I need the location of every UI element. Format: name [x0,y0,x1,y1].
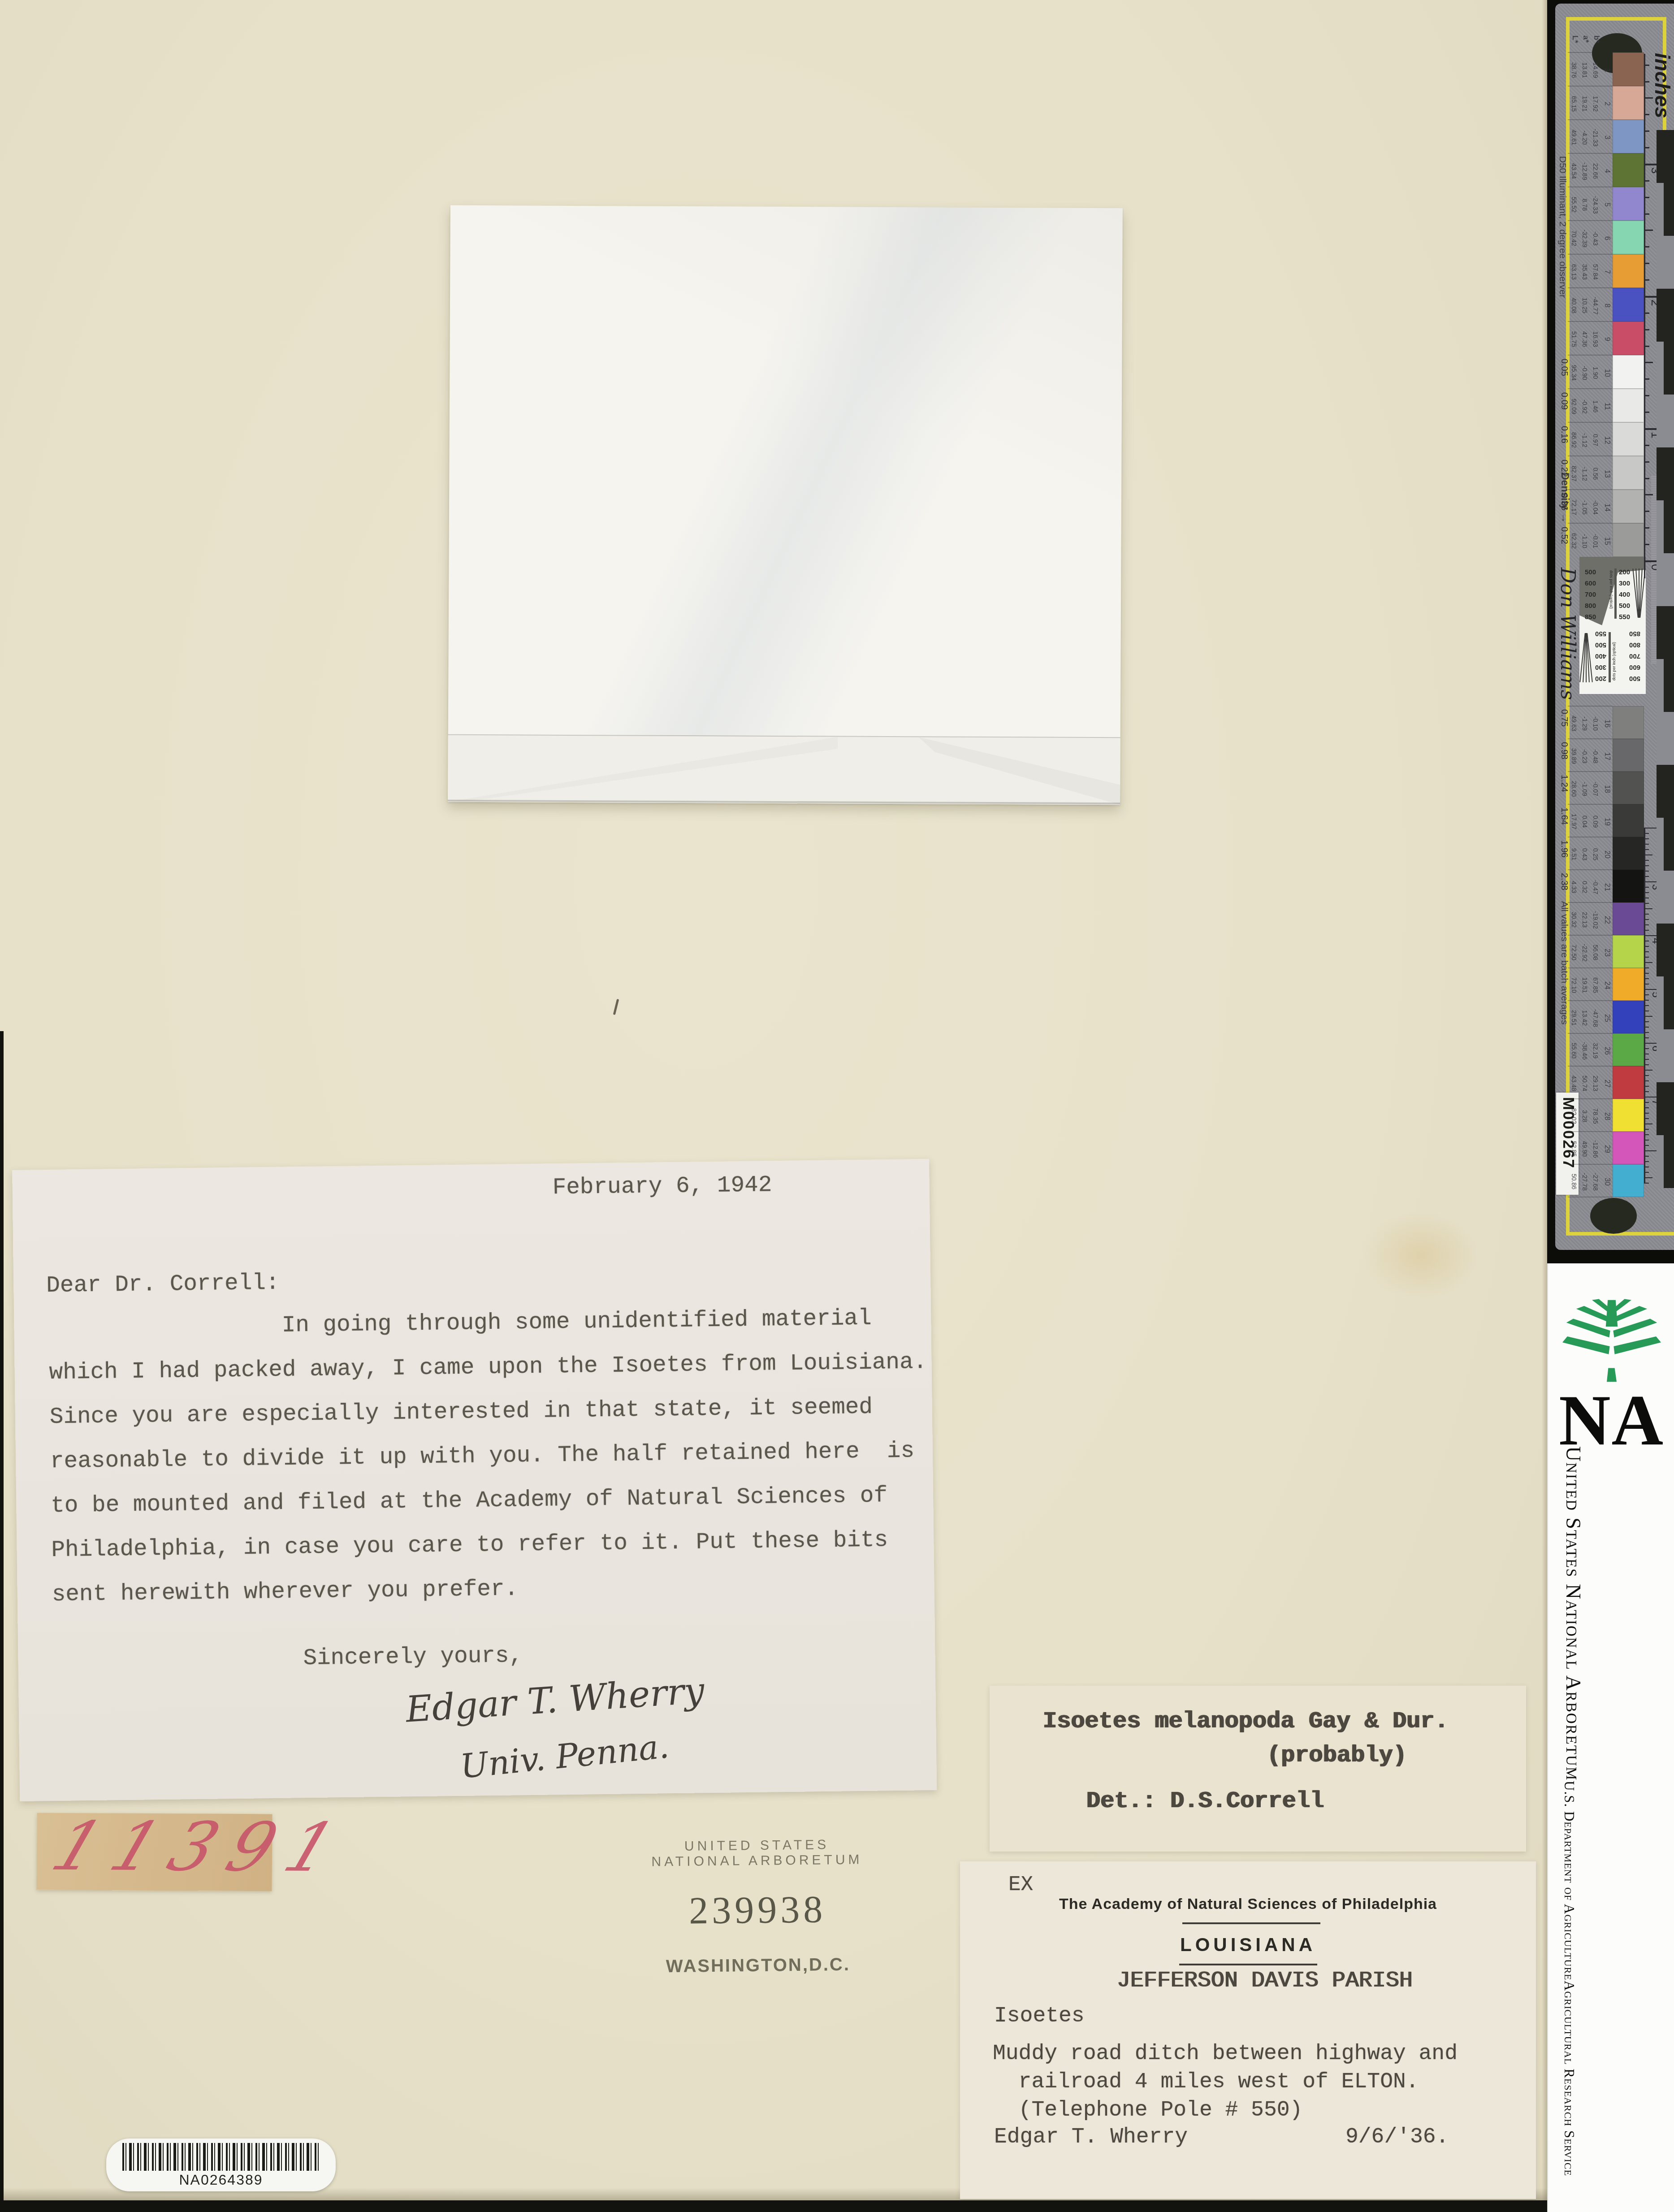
ruler-tick [1644,362,1653,363]
patch-number: 3 [1603,121,1611,154]
ruler-tick [1644,833,1649,834]
checker-cell-inner [1657,500,1664,553]
checker-cell-outer [1664,395,1674,447]
checker-cell-outer [1664,553,1674,606]
patch-number: 19 [1603,805,1611,838]
lab-value: 95.34 [1570,356,1578,390]
lab-value: 0.09 [1592,805,1599,838]
checker-cell-inner [1657,553,1664,606]
density-value: 1.96 [1559,840,1569,867]
lab-value: -19.02 [1592,903,1599,936]
ruler-tick [1644,1167,1649,1167]
lab-value: 17.97 [1570,805,1578,838]
patch-number: 7 [1603,255,1611,289]
density-value: 0.98 [1559,742,1569,769]
lab-value: -0.07 [1592,772,1599,805]
lab-table-divider [1568,804,1613,805]
lab-table-divider [1568,935,1613,936]
lab-value: -0.43 [1592,221,1599,255]
lab-value: 47.36 [1581,322,1588,356]
ruler-tick [1644,1161,1649,1162]
patch-number: 10 [1603,356,1611,390]
patch-number: 5 [1603,188,1611,221]
lab-value: -0.10 [1592,707,1599,740]
lab-value: 38.76 [1570,53,1578,87]
ruler-tick [1644,914,1649,915]
checker-cell-outer [1664,765,1674,818]
ruler-tick [1644,828,1657,828]
color-patch-25 [1613,1001,1644,1033]
ruler-tick [1644,946,1649,947]
checker-cell-outer [1664,1082,1674,1135]
patch-number: 21 [1603,871,1611,903]
checker-cell-inner [1657,236,1664,289]
lab-value: 78.35 [1592,1100,1599,1132]
lab-value: 19.51 [1581,969,1588,1002]
ruler-tick [1644,130,1649,132]
checker-cell-inner [1657,871,1664,924]
checker-cell-inner [1657,447,1664,500]
ruler-tick [1644,1150,1657,1151]
lab-value: 4.33 [1570,871,1578,903]
lab-value: 49.90 [1581,1132,1588,1165]
color-patch-21 [1613,870,1644,902]
checker-cell-inner [1657,765,1664,818]
lab-value: -0.23 [1581,740,1588,772]
lab-value: 70.42 [1570,221,1578,255]
lab-value: 29.51 [1570,1002,1578,1034]
ruler-tick [1644,527,1649,529]
checker-cell-outer [1664,447,1674,500]
color-patch-1 [1613,52,1644,86]
checker-cell-outer [1664,924,1674,976]
lab-value: 52.85 [1570,1132,1578,1165]
patch-number: 15 [1603,524,1611,558]
ruler-tick [1644,180,1649,182]
density-value: 0.05 [1559,359,1569,386]
ruler-tick [1644,147,1649,148]
ruler-tick [1644,230,1653,231]
lab-value: -32.39 [1581,221,1588,255]
color-patch-29 [1613,1132,1644,1164]
ruler-tick [1644,881,1657,882]
lab-table-divider [1568,388,1613,389]
lab-table-divider [1568,1000,1613,1001]
lab-value: -44.77 [1592,289,1599,322]
ruler-tick [1644,1102,1649,1103]
ruler-tick [1644,930,1649,931]
ruler-tick [1644,860,1649,861]
checker-cell-outer [1664,500,1674,553]
color-patch-30 [1613,1164,1644,1197]
lab-value: 14.69 [1592,53,1599,87]
color-patch-14 [1613,490,1644,523]
lab-header: L* [1570,28,1579,50]
lab-value: 0.97 [1592,423,1599,457]
lab-value: 35.43 [1581,255,1588,289]
lab-value: 62.32 [1570,524,1578,558]
patch-number: 20 [1603,838,1611,871]
color-patch-27 [1613,1066,1644,1099]
ruler-tick [1644,844,1649,845]
density-value: 0.09 [1559,392,1569,419]
lab-table-divider [1568,220,1613,221]
checker-cell-outer [1664,1029,1674,1082]
ruler-tick [1644,1043,1657,1044]
lab-value: 92.09 [1570,390,1578,423]
ruler-tick [1644,1172,1649,1173]
ruler-tick [1644,951,1649,952]
lab-table-divider [1568,1033,1613,1034]
lab-table-divider [1568,706,1613,707]
patch-number: 26 [1603,1034,1611,1067]
lab-table-divider [1568,902,1613,903]
lab-value: 29.13 [1592,1067,1599,1100]
lab-table-divider [1568,1131,1613,1132]
ruler-tick [1644,1011,1649,1011]
checker-cell-outer [1664,1135,1674,1188]
lab-value: 0.56 [1592,457,1599,490]
lab-table-divider [1568,187,1613,187]
ruler-tick [1644,919,1649,920]
lab-value: -0.48 [1592,740,1599,772]
lab-table-divider [1568,254,1613,255]
lab-value: -1.09 [1581,772,1588,805]
patch-number: 22 [1603,903,1611,936]
color-patch-11 [1613,389,1644,422]
patch-number: 27 [1603,1067,1611,1100]
ruler-tick [1644,1005,1649,1006]
patch-number: 17 [1603,740,1611,772]
lab-value: 8.78 [1581,188,1588,221]
checker-cell-outer [1664,712,1674,765]
checker-cell-inner [1657,1029,1664,1082]
ruler-tick [1644,887,1649,888]
checker-cell-outer [1664,659,1674,712]
patch-number: 2 [1603,87,1611,121]
density-value: 1.64 [1559,807,1569,834]
lab-value: -1.10 [1581,524,1588,558]
lab-value: 51.75 [1570,322,1578,356]
checker-cell-inner [1657,289,1664,342]
lab-value: 17.92 [1592,87,1599,121]
lab-value: 82.37 [1570,457,1578,490]
ruler-tick [1644,461,1649,463]
lab-value: -0.47 [1592,871,1599,903]
lab-value: 0.43 [1581,838,1588,871]
color-patch-12 [1613,422,1644,456]
lab-value: -0.92 [1581,390,1588,423]
patch-number: 4 [1603,154,1611,188]
ruler-tick [1644,312,1649,314]
lab-value: 40.08 [1570,289,1578,322]
lab-value: -1.29 [1581,707,1588,740]
lab-table-divider [1568,489,1613,490]
color-patch-6 [1613,221,1644,254]
ruler-tick [1644,213,1649,215]
lab-value: 1.46 [1592,390,1599,423]
density-value: 1.24 [1559,775,1569,802]
color-patch-7 [1613,254,1644,288]
ruler-tick [1644,97,1653,99]
lab-value: 72.50 [1570,936,1578,969]
checker-cell-inner [1657,924,1664,976]
lab-value: 56.08 [1592,936,1599,969]
lab-table-divider [1568,869,1613,870]
patch-number: 16 [1603,707,1611,740]
ruler-tick [1644,1123,1652,1124]
patch-number: 29 [1603,1132,1611,1165]
checker-cell-outer [1664,976,1674,1029]
density-value: 0.52 [1559,527,1569,554]
ruler-tick [1644,838,1649,839]
ruler-tick [1644,412,1649,413]
patch-number: 6 [1603,221,1611,255]
ruler-tick [1644,1048,1649,1049]
lab-value: 86.92 [1570,423,1578,457]
ruler-tick [1644,1059,1649,1060]
ruler-tick [1644,263,1649,264]
lab-table-divider [1568,1066,1613,1067]
color-patch-10 [1613,355,1644,389]
lab-table-divider [1568,1197,1613,1197]
lab-table-divider [1568,1098,1613,1099]
lab-table-divider [1568,119,1613,120]
ruler-tick [1644,1177,1652,1178]
checker-cell-inner [1657,659,1664,712]
color-patch-17 [1613,739,1644,772]
lab-value: 50.74 [1581,1067,1588,1100]
ruler-tick [1644,903,1649,904]
lab-value: 9.51 [1570,838,1578,871]
lab-value: -0.04 [1592,490,1599,524]
color-patch-20 [1613,837,1644,870]
density-value: 2.38 [1559,873,1569,900]
checker-cell-outer [1664,871,1674,924]
lab-value: 50.86 [1570,1165,1578,1198]
ruler-tick [1644,1145,1649,1146]
lab-value: -24.33 [1592,188,1599,221]
ruler-tick [1644,865,1649,866]
color-patch-9 [1613,321,1644,355]
ruler-tick [1644,1000,1649,1001]
lab-table-divider [1568,86,1613,87]
ruler-tick [1644,1032,1649,1033]
lab-header: a* [1581,28,1590,50]
lab-value: 55.60 [1570,1034,1578,1067]
ruler-tick [1644,544,1649,545]
ruler-tick [1644,854,1652,855]
ruler-tick [1644,560,1657,562]
ruler-tick [1644,1075,1649,1076]
lab-table-divider [1568,523,1613,524]
checker-cell-outer [1664,183,1674,236]
color-patch-3 [1613,120,1644,153]
patch-number: 25 [1603,1002,1611,1034]
checker-cell-inner [1657,818,1664,871]
ruler-tick [1644,973,1649,974]
lab-value: 22.13 [1581,903,1588,936]
ruler-tick [1644,279,1649,281]
lab-value: -12.89 [1581,154,1588,188]
ruler-tick [1644,1140,1649,1141]
lab-value: 10.25 [1581,289,1588,322]
ruler-tick [1644,941,1649,941]
lab-value: 43.48 [1570,1067,1578,1100]
lab-value: 72.10 [1570,969,1578,1002]
lab-value: 13.42 [1581,1002,1588,1034]
checker-cell-inner [1657,712,1664,765]
ruler-tick [1644,1064,1649,1065]
density-value: 0.75 [1559,709,1569,736]
color-patch-22 [1613,902,1644,935]
ruler-tick [1644,1118,1649,1119]
lab-value: 3.28 [1581,1100,1588,1132]
checker-cell-outer [1664,289,1674,342]
lab-value: 16.93 [1592,322,1599,356]
ruler-tick [1644,962,1652,963]
ruler-tick [1644,924,1649,925]
color-patch-24 [1613,968,1644,1001]
ruler-tick [1644,511,1649,512]
lab-value: 82.02 [1570,1100,1578,1132]
ruler-tick [1644,329,1649,330]
ruler-tick [1644,1080,1649,1081]
checker-cell-inner [1657,342,1664,395]
color-patch-16 [1613,706,1644,739]
ruler-tick [1644,54,1645,578]
target-generated-layer: 38.7613.8114.69165.1519.2117.92249.61-4.… [0,0,1674,2212]
ruler-tick [1644,81,1649,82]
lab-value: 72.17 [1570,490,1578,524]
color-patch-8 [1613,288,1644,321]
color-patch-23 [1613,935,1644,968]
ruler-tick [1644,1037,1649,1038]
patch-number: 14 [1603,490,1611,524]
checker-cell-inner [1657,1082,1664,1135]
color-patch-5 [1613,187,1644,221]
ruler-tick [1644,1183,1649,1184]
checker-cell-inner [1657,130,1664,183]
checker-cell-inner [1657,395,1664,447]
lab-value: -12.86 [1592,1132,1599,1165]
lab-value: -4.20 [1581,121,1588,154]
lab-value: 22.66 [1592,154,1599,188]
color-patch-13 [1613,456,1644,490]
ruler-tick [1644,478,1649,479]
color-patch-28 [1613,1099,1644,1132]
lab-table-divider [1568,738,1613,739]
lab-value: 30.32 [1570,903,1578,936]
lab-value: 49.63 [1570,707,1578,740]
lab-value: -47.68 [1592,1002,1599,1034]
ruler-tick [1644,445,1649,446]
lab-table-divider [1568,321,1613,322]
ruler-tick [1644,65,1649,66]
ruler-tick [1644,984,1649,985]
ruler-tick [1644,395,1649,396]
ruler-tick [1644,1107,1649,1108]
lab-value: -1.12 [1581,457,1588,490]
lab-value: -1.12 [1581,423,1588,457]
lab-table-divider [1568,422,1613,423]
ruler-tick [1644,428,1657,430]
ruler-tick [1644,164,1657,165]
density-value: 0.16 [1559,426,1569,453]
lab-header: b* [1592,28,1601,50]
lab-table-divider [1568,287,1613,288]
lab-value: 0.32 [1581,871,1588,903]
ruler-tick [1644,1054,1649,1054]
density-value: 0.36 [1559,493,1569,520]
lab-table-divider [1568,455,1613,456]
lab-table-divider [1568,355,1613,356]
ruler-tick [1644,1016,1652,1017]
lab-table-divider [1568,771,1613,772]
lab-value: 63.13 [1570,255,1578,289]
checker-cell-inner [1657,183,1664,236]
color-patch-18 [1613,772,1644,804]
lab-value: 32.19 [1592,1034,1599,1067]
patch-number: 9 [1603,322,1611,356]
patch-number: 8 [1603,289,1611,322]
patch-number: 12 [1603,423,1611,457]
lab-value: -27.68 [1592,1165,1599,1198]
lab-table-divider [1568,837,1613,837]
checker-cell-outer [1664,130,1674,183]
lab-value: 57.84 [1592,255,1599,289]
patch-number: 18 [1603,772,1611,805]
ruler-tick [1644,378,1649,380]
lab-value: -22.92 [1581,936,1588,969]
ruler-tick [1644,898,1649,898]
ruler-tick [1644,935,1657,936]
ruler-tick [1644,296,1657,298]
ruler-tick [1644,346,1649,347]
lab-value: -0.90 [1581,356,1588,390]
color-patch-4 [1613,153,1644,187]
color-patch-15 [1613,523,1644,557]
ruler-tick [1644,1129,1649,1130]
ruler-tick [1644,246,1649,247]
ruler-tick [1644,994,1649,995]
ruler-tick [1644,849,1649,850]
ruler-tick [1644,1021,1649,1022]
patch-number: 24 [1603,969,1611,1002]
ruler-tick [1644,1091,1649,1092]
ruler-tick [1644,494,1653,495]
lab-value: 39.89 [1570,740,1578,772]
ruler-tick [1644,908,1652,909]
lab-value: 1.90 [1592,356,1599,390]
ruler-tick [1644,114,1649,115]
color-patch-2 [1613,86,1644,120]
ruler-tick [1644,1113,1649,1114]
ruler-tick [1644,871,1649,872]
lab-value: -1.05 [1581,490,1588,524]
lab-value: 49.61 [1570,121,1578,154]
ruler-tick [1644,876,1649,877]
lab-table-divider [1568,153,1613,154]
lab-value: 43.54 [1570,154,1578,188]
scanned-herbarium-sheet: February 6, 1942 Dear Dr. Correll: In go… [0,0,1674,2212]
ruler-tick [1644,967,1649,968]
lab-value: 19.21 [1581,87,1588,121]
ruler-tick [1644,1027,1649,1028]
patch-number: 23 [1603,936,1611,969]
color-patch-26 [1613,1033,1644,1066]
ruler-tick [1644,1070,1652,1071]
